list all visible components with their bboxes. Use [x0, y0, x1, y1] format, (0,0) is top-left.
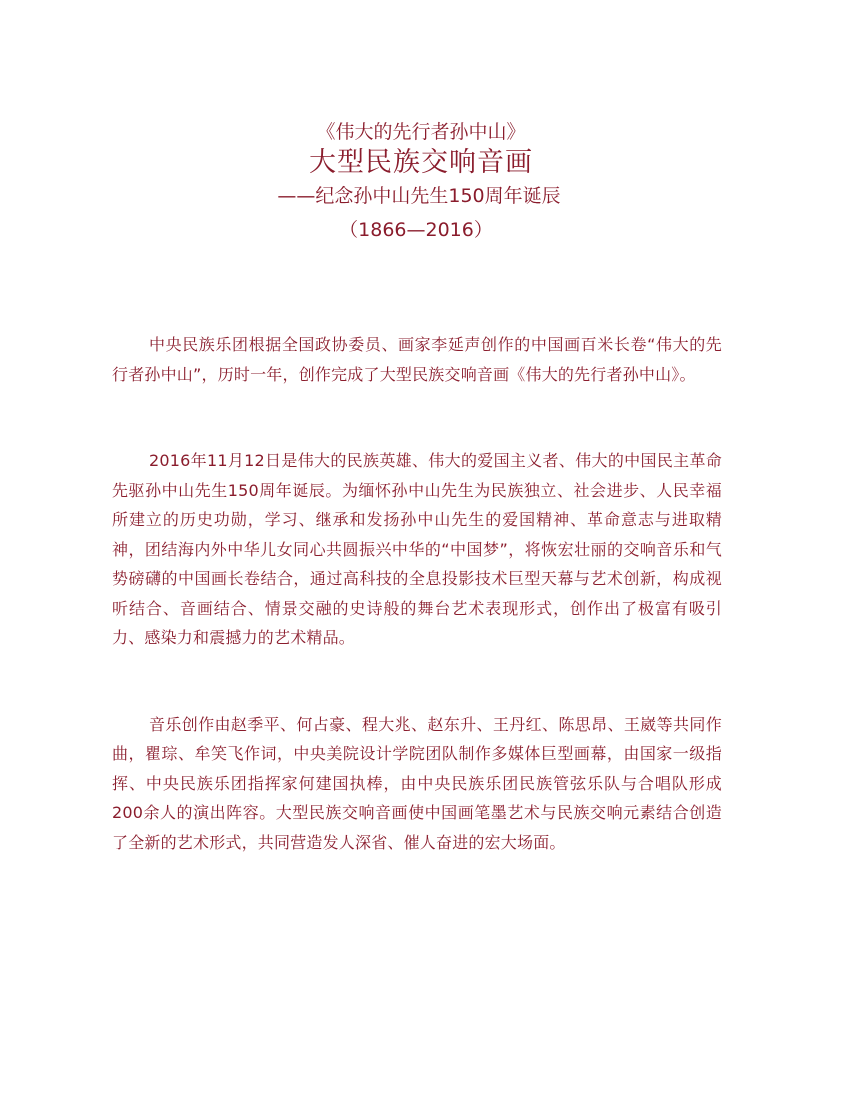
years: （1866—2016） [0, 218, 846, 244]
title-block: 《伟大的先行者孙中山》 大型民族交响音画 ——纪念孙中山先生150周年诞辰 （1… [0, 120, 846, 244]
main-title: 大型民族交响音画 [0, 146, 846, 182]
subtitle: ——纪念孙中山先生150周年诞辰 [0, 182, 846, 218]
paragraph-intro: 中央民族乐团根据全国政协委员、画家李延声创作的中国画百米长卷“伟大的先行者孙中山… [112, 330, 722, 389]
paragraph-credits: 音乐创作由赵季平、何占豪、程大兆、赵东升、王丹红、陈思昂、王崴等共同作曲，瞿琮、… [112, 710, 722, 858]
paragraph-anniversary: 2016年11月12日是伟大的民族英雄、伟大的爱国主义者、伟大的中国民主革命先驱… [112, 446, 722, 653]
body-content: 中央民族乐团根据全国政协委员、画家李延声创作的中国画百米长卷“伟大的先行者孙中山… [112, 330, 722, 914]
work-title: 《伟大的先行者孙中山》 [0, 120, 846, 146]
